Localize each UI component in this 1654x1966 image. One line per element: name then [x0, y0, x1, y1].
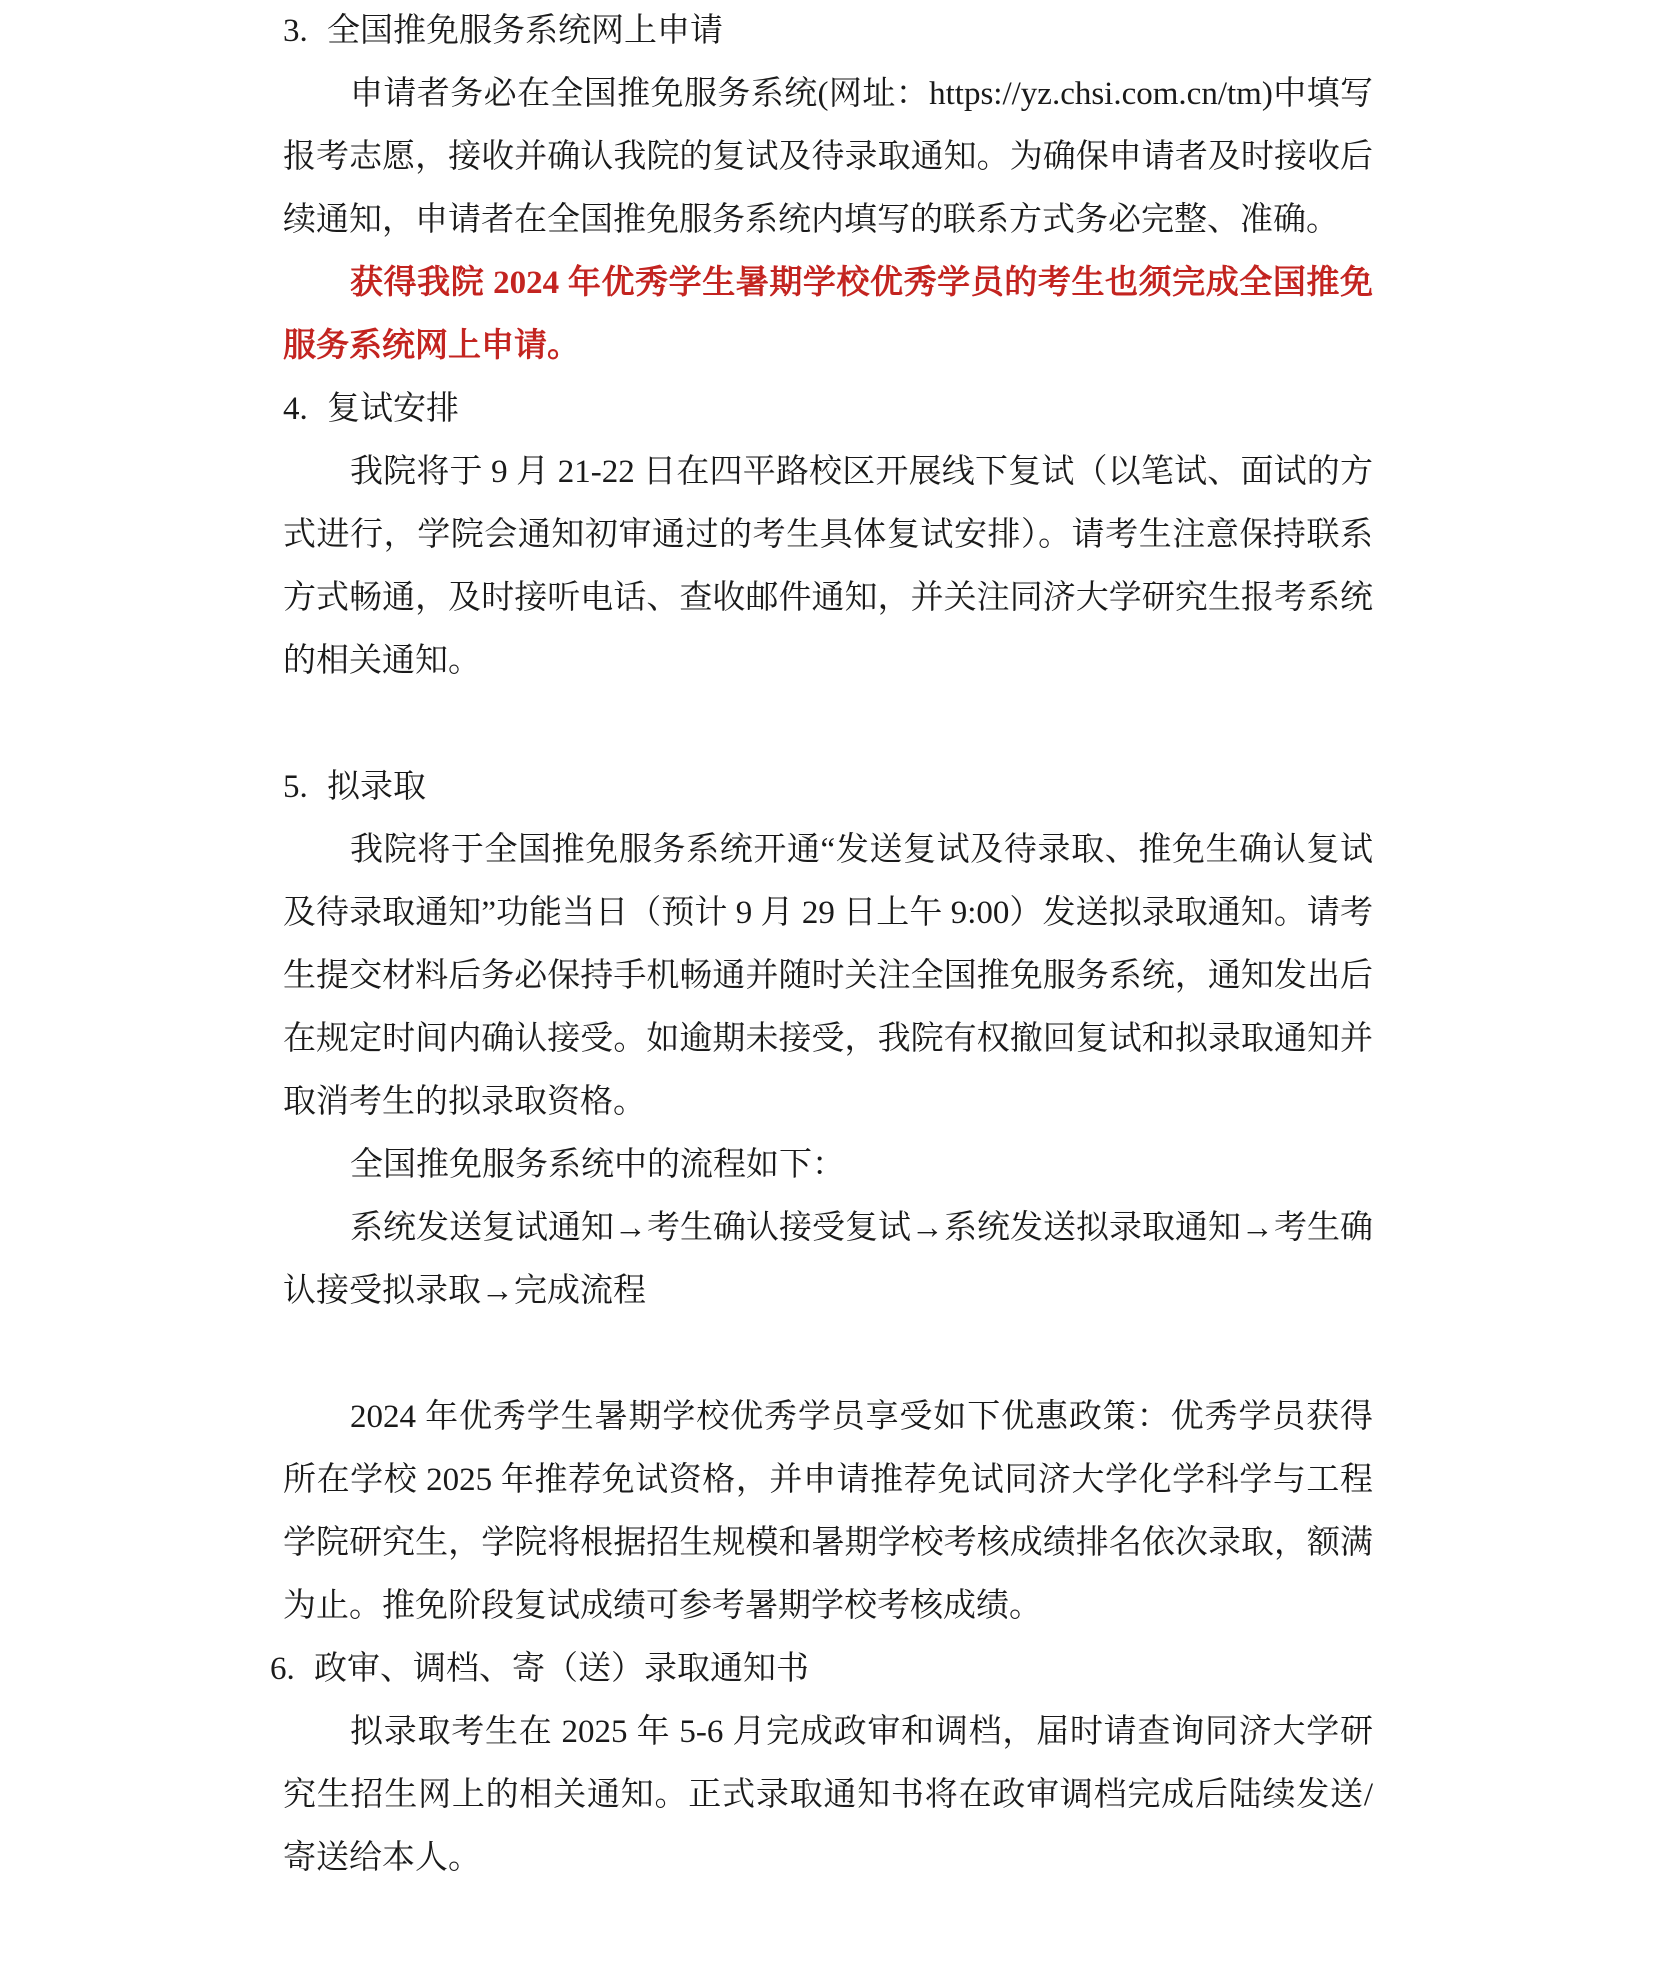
blank-line: [283, 1323, 1373, 1386]
list-number: 5.: [283, 756, 327, 819]
blank-line: [283, 693, 1373, 756]
paragraph-application-instructions: 申请者务必在全国推免服务系统(网址：https://yz.chsi.com.cn…: [283, 63, 1373, 252]
list-item-4-retest-arrangement: 4.复试安排: [283, 378, 1373, 441]
paragraph-admission-notice-details: 我院将于全国推免服务系统开通“发送复试及待录取、推免生确认复试及待录取通知”功能…: [283, 819, 1373, 1134]
paragraph-red-notice-summer-school: 获得我院 2024 年优秀学生暑期学校优秀学员的考生也须完成全国推免服务系统网上…: [283, 252, 1373, 378]
list-number: 6.: [270, 1638, 314, 1701]
paragraph-system-process-flow: 系统发送复试通知→考生确认接受复试→系统发送拟录取通知→考生确认接受拟录取→完成…: [283, 1197, 1373, 1323]
list-item-6-political-review: 6.政审、调档、寄（送）录取通知书: [270, 1638, 1373, 1701]
list-number: 3.: [283, 0, 327, 63]
document-page: 3.全国推免服务系统网上申请 申请者务必在全国推免服务系统(网址：https:/…: [0, 0, 1654, 1890]
paragraph-retest-details: 我院将于 9 月 21-22 日在四平路校区开展线下复试（以笔试、面试的方式进行…: [283, 441, 1373, 693]
paragraph-admission-letter-details: 拟录取考生在 2025 年 5-6 月完成政审和调档，届时请查询同济大学研究生招…: [283, 1701, 1373, 1890]
list-item-title: 复试安排: [327, 391, 459, 427]
list-item-5-proposed-admission: 5.拟录取: [283, 756, 1373, 819]
list-item-3-online-application: 3.全国推免服务系统网上申请: [283, 0, 1373, 63]
list-item-title: 拟录取: [327, 769, 426, 805]
paragraph-system-process-intro: 全国推免服务系统中的流程如下：: [283, 1134, 1373, 1197]
list-item-title: 全国推免服务系统网上申请: [327, 13, 723, 49]
paragraph-summer-school-policy: 2024 年优秀学生暑期学校优秀学员享受如下优惠政策：优秀学员获得所在学校 20…: [283, 1386, 1373, 1638]
list-item-title: 政审、调档、寄（送）录取通知书: [314, 1651, 809, 1687]
list-number: 4.: [283, 378, 327, 441]
